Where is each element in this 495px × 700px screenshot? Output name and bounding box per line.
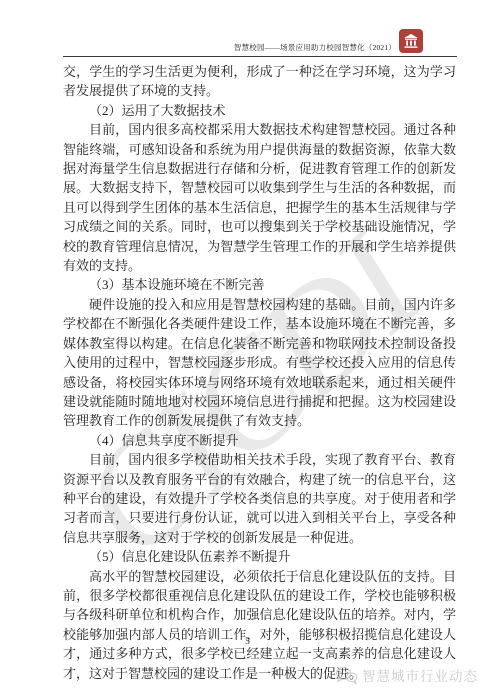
body-paragraph: 目前，国内很多高校都采用大数据技术构建智慧校园。通过各种智能终端，可感知设备和系… <box>63 120 456 275</box>
section-heading: （2）运用了大数据技术 <box>63 101 456 120</box>
wechat-account-name: 智慧城市行业动态 <box>362 665 478 685</box>
document-page: CICDI 智慧校园——场景应用助力校园智慧化（2021） 交，学生的学习生活更… <box>0 0 495 700</box>
page-number: 5 <box>0 637 495 647</box>
body-paragraph: 目前，国内很多学校借助相关技术手段，实现了教育平台、教育资源平台以及教育服务平台… <box>63 450 456 547</box>
section-heading: （3）基本设施环境在不断完善 <box>63 275 456 294</box>
body-paragraph: 硬件设施的投入和应用是智慧校园构建的基础。目前，国内许多学校都在不断强化各类硬件… <box>63 295 456 431</box>
section-heading: （5）信息化建设队伍素养不断提升 <box>63 547 456 566</box>
running-title: 智慧校园——场景应用助力校园智慧化（2021） <box>234 43 396 53</box>
page-footer: 智慧城市行业动态 <box>335 665 478 685</box>
header-divider <box>63 56 457 57</box>
page-header: 智慧校园——场景应用助力校园智慧化（2021） <box>63 28 457 54</box>
document-body: 交，学生的学习生活更为便利，形成了一种泛在学习环境，这为学习者发展提供了环境的支… <box>63 62 456 683</box>
body-paragraph: 交，学生的学习生活更为便利，形成了一种泛在学习环境，这为学习者发展提供了环境的支… <box>63 62 456 101</box>
section-heading: （4）信息共享度不断提升 <box>63 431 456 450</box>
wechat-icon <box>335 666 358 685</box>
publisher-building-icon <box>399 29 423 53</box>
